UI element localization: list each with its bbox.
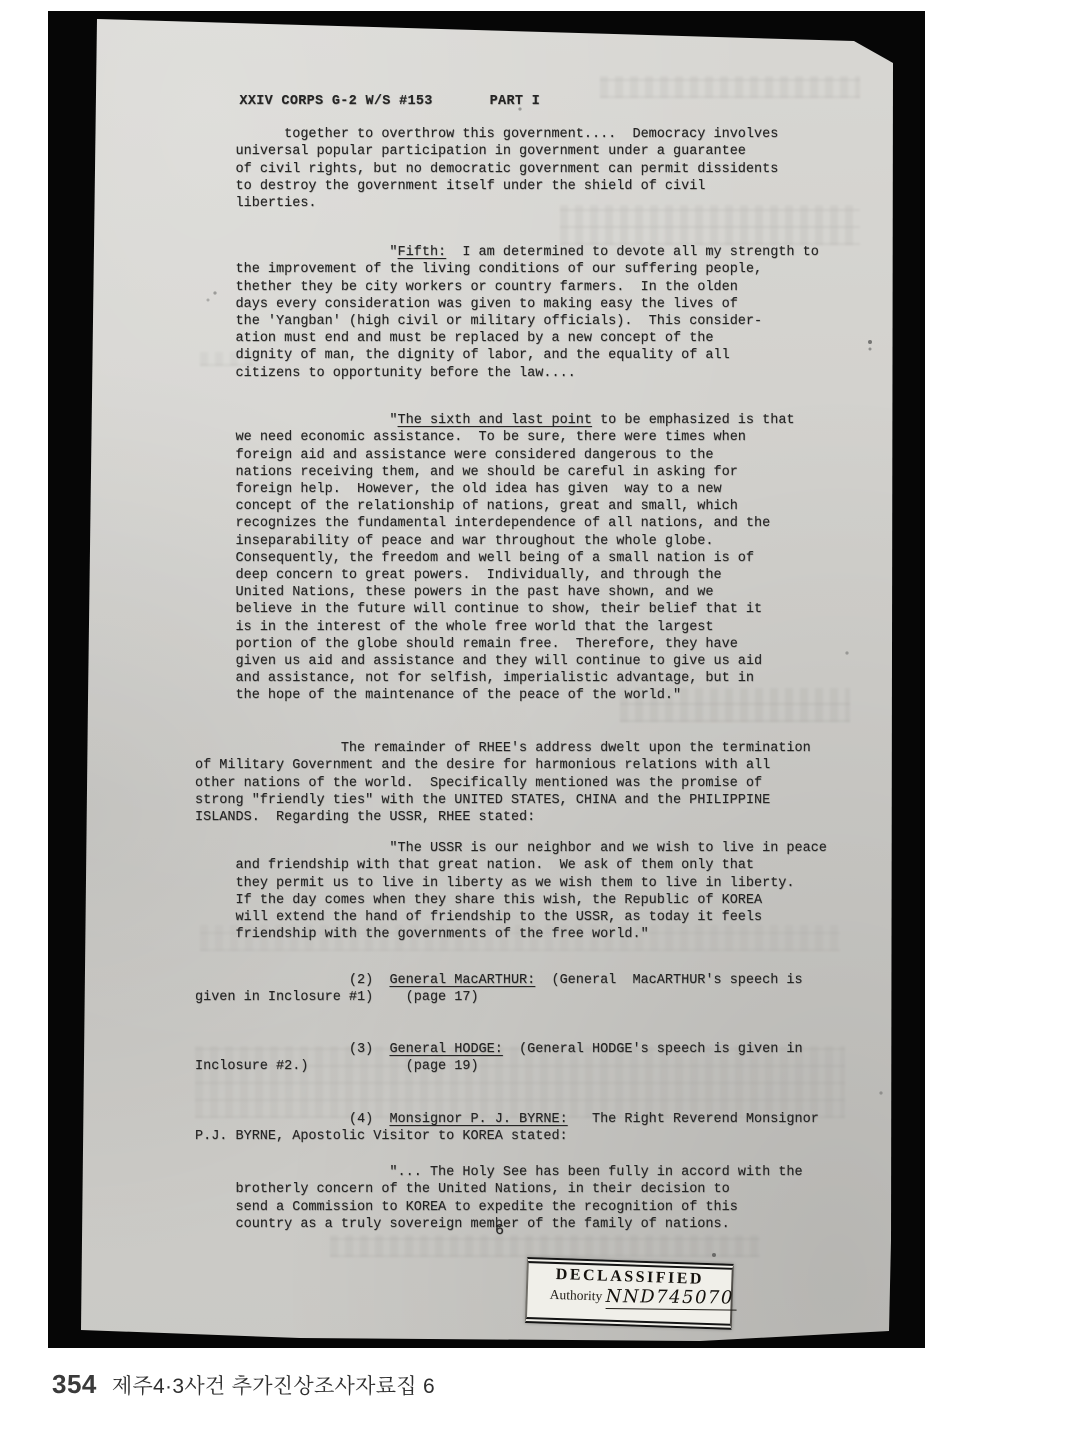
- paragraph-text: "The USSR is our neighbor and we wish to…: [195, 841, 827, 942]
- paragraph-text: I am determined to devote all my strengt…: [195, 245, 819, 380]
- underlined-heading: Fifth:: [398, 245, 447, 260]
- paragraph-sixth-point: "The sixth and last point to be emphasiz…: [195, 395, 875, 722]
- header-part-label: PART I: [490, 94, 540, 109]
- book-footer: 354 제주4·3사건 추가진상조사자료집 6: [52, 1369, 435, 1400]
- page-number: 6: [495, 1222, 504, 1239]
- underlined-heading: Monsignor P. J. BYRNE:: [389, 1112, 567, 1127]
- stamp-authority-row: Authority NND745070: [527, 1282, 731, 1312]
- paragraph-holy-see-quote: "... The Holy See has been fully in acco…: [195, 1147, 875, 1250]
- declassified-stamp: DECLASSIFIED Authority NND745070: [525, 1257, 734, 1330]
- screenshot-root: XXIV CORPS G-2 W/S #153PART I together t…: [0, 0, 1080, 1439]
- item-general-macarthur: (2) General MacARTHUR: (General MacARTHU…: [195, 955, 875, 1024]
- paragraph-democracy: together to overthrow this government...…: [195, 109, 875, 229]
- typewritten-content: XXIV CORPS G-2 W/S #153PART I together t…: [0, 0, 1080, 1439]
- header-unit-label: XXIV CORPS G-2 W/S #153: [239, 94, 432, 109]
- underlined-heading: General MacARTHUR:: [389, 973, 535, 988]
- paragraph-fifth-point: "Fifth: I am determined to devote all my…: [195, 227, 875, 399]
- paragraph-text: to be emphasized is that we need economi…: [195, 413, 795, 703]
- underlined-heading: The sixth and last point: [398, 413, 592, 428]
- stamp-authority-number: NND745070: [605, 1286, 736, 1311]
- underlined-heading: General HODGE:: [389, 1042, 502, 1057]
- book-title: 제주4·3사건 추가진상조사자료집 6: [112, 1370, 435, 1400]
- item-general-hodge: (3) General HODGE: (General HODGE's spee…: [195, 1024, 875, 1093]
- paragraph-text: ": [244, 413, 398, 428]
- stamp-authority-label: Authority: [549, 1287, 602, 1305]
- book-page-number: 354: [52, 1369, 97, 1400]
- paragraph-text: ": [244, 245, 398, 260]
- paragraph-text: (3): [244, 1042, 390, 1057]
- paragraph-text: together to overthrow this government...…: [195, 127, 778, 211]
- paragraph-text: (2): [244, 973, 390, 988]
- paragraph-text: The remainder of RHEE's address dwelt up…: [195, 741, 811, 825]
- paragraph-text: (4): [244, 1112, 390, 1127]
- paragraph-ussr-quote: "The USSR is our neighbor and we wish to…: [195, 823, 875, 961]
